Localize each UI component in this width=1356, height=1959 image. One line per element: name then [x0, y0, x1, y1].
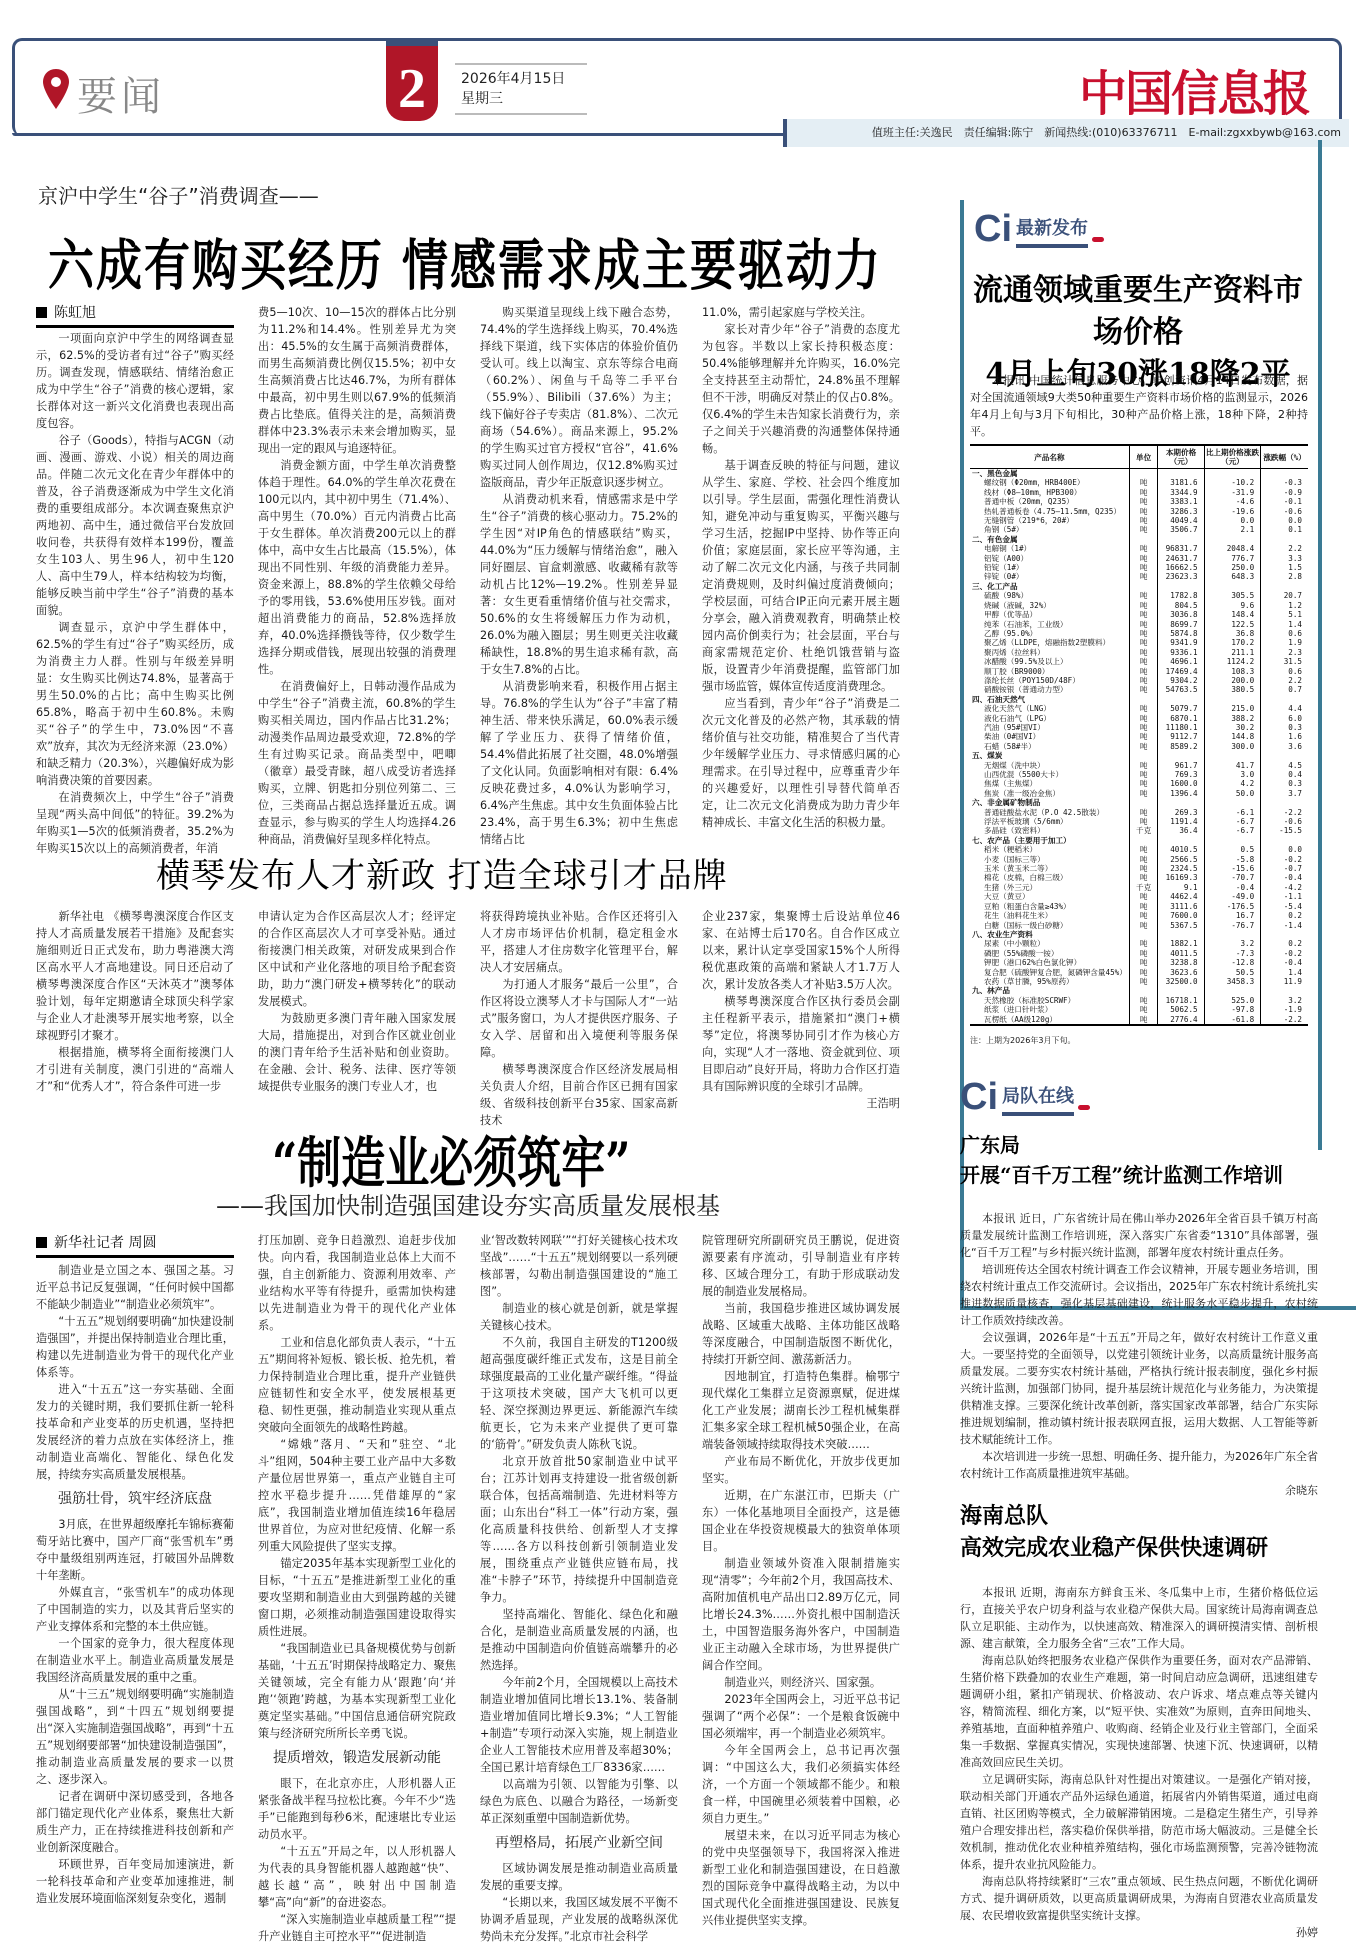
- badge-accent-icon: [1078, 1105, 1090, 1110]
- price-table-row: 普通硅酸盐水泥（P.O 42.5散装）吨269.3-6.1-2.2: [970, 808, 1308, 817]
- price-table-row: 纸浆（进口针叶浆）吨5062.5-97.8-1.9: [970, 1005, 1308, 1014]
- price-table-row: 白糖（国标一级白砂糖）吨5367.5-76.7-1.4: [970, 921, 1308, 930]
- price-table-row: 钾肥（港口62%白色氯化钾）吨3238.8-12.8-0.4: [970, 958, 1308, 967]
- price-table-row: 焦炭（准一级冶金焦）吨1396.450.03.7: [970, 789, 1308, 798]
- price-category-row: 二、有色金属: [970, 535, 1308, 544]
- hainan-story-body: 本报讯 近期，海南东方鲜食玉米、冬瓜集中上市，生猪价格低位运行，直接关乎农户切身…: [960, 1584, 1318, 1941]
- price-table-row: 汽油（95#国VI）吨11180.130.20.3: [970, 723, 1308, 732]
- article1-column-1: 一项面向京沪中学生的网络调查显示，62.5%的受访者有过“谷子”购买经历。调查发…: [36, 330, 234, 857]
- article2-headline: 横琴发布人才新政 打造全球引才品牌: [156, 848, 728, 897]
- price-table-row: 焦煤（主焦煤）吨1600.04.20.3: [970, 779, 1308, 788]
- price-table-row: 农药（草甘膦，95%原药）吨32500.03458.311.9: [970, 977, 1308, 986]
- price-table-row: 线材（Φ8—10mm，HPB300）吨3344.9-31.9-0.9: [970, 488, 1308, 497]
- bureau-online-badge: Ci 局队在线: [960, 1078, 1090, 1116]
- price-table-row: 顺丁胶（BR9000）吨17469.4108.30.6: [970, 667, 1308, 676]
- hainan-story-title: 海南总队 高效完成农业稳产保供快速调研: [960, 1500, 1268, 1564]
- article2-column-1: 新华社电 《横琴粤澳深度合作区支持人才高质量发展若干措施》及配套实施细则近日正式…: [36, 908, 234, 1095]
- section-head-1: 强筋壮骨，筑牢经济底盘: [36, 1491, 234, 1508]
- article1-column-2: 费5—10次、10—15次的群体占比分别为11.2%和14.4%。性别差异尤为突…: [258, 304, 456, 848]
- price-table-row: 天然橡胶（标准胶SCRWF）吨16718.1525.03.2: [970, 996, 1308, 1005]
- badge-accent-icon: [1092, 237, 1104, 242]
- article3-column-3: 业‘智改数转网联’”“打好关键核心技术攻坚战”……“十五五”规划纲要以一系列硬核…: [480, 1232, 678, 1945]
- editor-contact-bar: 值班主任:关逸民 责任编辑:陈宁 新闻热线:(010)63376711 E-ma…: [783, 119, 1349, 147]
- price-table-row: 冰醋酸（99.5%及以上）吨4696.11124.231.5: [970, 657, 1308, 666]
- hainan-story-author: 孙婷: [960, 1924, 1318, 1941]
- price-table-row: 花生（油料花生米）吨7600.016.70.2: [970, 911, 1308, 920]
- price-table-row: 锌锭（0#）吨23623.3648.32.8: [970, 572, 1308, 581]
- price-table-row: 尿素（中小颗粒）吨1882.13.20.2: [970, 939, 1308, 948]
- price-table-header: 产品名称 单位 本期价格（元） 比上期价格涨跌（元） 涨跌幅（%）: [970, 445, 1308, 469]
- price-table-note: 注：上期为2026年3月下旬。: [970, 1035, 1075, 1046]
- price-category-row: 七、农产品（主要用于加工）: [970, 836, 1308, 845]
- article1-column-4: 11.0%，需引起家庭与学校关注。 家长对青少年“谷子”消费的态度尤为包容。半数…: [702, 304, 900, 831]
- masthead: 要闻 2 2026年4月15日 星期三 中国信息报 值班主任:关逸民 责任编辑:…: [12, 38, 1342, 136]
- section-name: 要闻: [77, 65, 165, 122]
- price-table-row: 无烟煤（洗中块）吨961.741.74.5: [970, 761, 1308, 770]
- section-head-3: 再塑格局，拓展产业新空间: [480, 1835, 678, 1852]
- weekday: 星期三: [461, 89, 581, 109]
- price-table-row: 纯苯（石油苯，工业级）吨8699.7122.51.4: [970, 620, 1308, 629]
- latest-release-badge: Ci 最新发布: [974, 210, 1104, 248]
- article1-headline: 六成有购买经历 情感需求成主要驱动力: [48, 222, 882, 301]
- price-table-row: 石蜡（58#半）吨8589.2300.03.6: [970, 742, 1308, 751]
- location-pin-icon: [43, 69, 69, 109]
- price-box-border: [1318, 140, 1322, 1150]
- price-category-row: 九、林产品: [970, 986, 1308, 995]
- page-number: 2: [386, 60, 438, 118]
- article3-byline: 新华社记者 周圆: [36, 1232, 234, 1258]
- price-category-row: 三、化工产品: [970, 582, 1308, 591]
- byline-square-icon: [36, 1237, 47, 1248]
- price-table-row: 瓦楞纸（AA级120g）吨2776.4-61.8-2.2: [970, 1015, 1308, 1025]
- article2-column-2: 申请认定为合作区高层次人才；经评定的合作区高层次人才可享受补贴。通过衔接澳门相关…: [258, 908, 456, 1095]
- price-category-row: 一、黑色金属: [970, 469, 1308, 479]
- price-table-row: 聚乙烯（LLDPE，熔融指数2塑膜料）吨9341.9170.21.9: [970, 638, 1308, 647]
- price-table-row: 铝锭（A00）吨24631.7776.73.3: [970, 554, 1308, 563]
- article2-author: 王浩明: [702, 1095, 900, 1112]
- price-table-row: 生猪（外三元）千克9.1-0.4-4.2: [970, 883, 1308, 892]
- byline-square-icon: [36, 307, 47, 318]
- page-number-tab: 2: [386, 38, 438, 121]
- price-table-row: 热轧普通板卷（4.75—11.5mm，Q235）吨3286.3-19.6-0.6: [970, 507, 1308, 516]
- issue-date: 2026年4月15日 星期三: [455, 63, 587, 115]
- price-table-row: 乙醇（95.0%）吨5874.836.80.6: [970, 629, 1308, 638]
- section-head-2: 提质增效，锻造发展新动能: [258, 1750, 456, 1767]
- price-table-row: 烧碱（液碱，32%）吨804.59.61.2: [970, 601, 1308, 610]
- price-table-row: 多晶硅（致密料）千克36.4-6.7-15.5: [970, 826, 1308, 835]
- price-table-row: 柴油（0#国VI）吨9112.7144.81.6: [970, 732, 1308, 741]
- article3-column-1: 制造业是立国之本、强国之基。习近平总书记反复强调，“任何时候中国都不能缺少制造业…: [36, 1262, 234, 1907]
- price-table-row: 磷肥（55%磷酸一铵）吨4011.5-7.3-0.2: [970, 949, 1308, 958]
- guangdong-story-title: 广东局 开展“百千万工程”统计监测工作培训: [960, 1130, 1283, 1190]
- article3-column-2: 打压加剧、竞争日趋激烈、追赶步伐加快。向内看，我国制造业总体上大而不强，自主创新…: [258, 1232, 456, 1945]
- price-category-row: 四、石油天然气: [970, 695, 1308, 704]
- price-table-row: 硝酸铵银（普通动力型）吨54763.5380.50.7: [970, 685, 1308, 694]
- price-table-row: 液化天然气（LNG）吨5079.7215.04.4: [970, 704, 1308, 713]
- price-category-row: 六、非金属矿物制品: [970, 798, 1308, 807]
- price-category-row: 八、农业生产资料: [970, 930, 1308, 939]
- date: 2026年4月15日: [461, 69, 581, 89]
- price-table-row: 螺纹钢（Φ20mm，HRB400E）吨3181.6-10.2-0.3: [970, 478, 1308, 487]
- price-table-row: 聚丙烯（拉丝料）吨9336.1211.12.3: [970, 648, 1308, 657]
- article1-column-3: 购买渠道呈现线上线下融合态势，74.4%的学生选择线上购买，70.4%选择线下渠…: [480, 304, 678, 848]
- article2-column-4: 企业237家，集聚博士后设站单位46家、在站博士后170名。自合作区成立以来，累…: [702, 908, 900, 1112]
- price-table-row: 稻米（粳稻米）吨4010.50.50.0: [970, 845, 1308, 854]
- article1-kicker: 京沪中学生“谷子”消费调查——: [38, 180, 319, 209]
- newspaper-logo: 中国信息报: [1079, 55, 1309, 124]
- price-table-row: 角钢（5#）吨3506.72.10.1: [970, 525, 1308, 534]
- price-table-row: 硫酸（98%）吨1782.8305.520.7: [970, 591, 1308, 600]
- ci-logo-icon: Ci: [974, 210, 1012, 248]
- article3-column-4: 院管理研究所副研究员王鹏说，促进资源要素有序流动，引导制造业有序转移、区域合理分…: [702, 1232, 900, 1929]
- article1-byline: 陈虹旭: [36, 302, 234, 328]
- article3-subheadline: ——我国加快制造强国建设夯实高质量发展根基: [216, 1186, 720, 1221]
- price-release-intro: 本报讯 中国统计信息服务中心、卓创资讯4月14日发布数据，据对全国流通领域9大类…: [970, 372, 1308, 440]
- price-table-row: 棉花（皮棉，白棉三级）吨16169.3-70.7-0.4: [970, 873, 1308, 882]
- price-table-row: 甲醇（优等品）吨3036.8148.45.1: [970, 610, 1308, 619]
- price-table: 产品名称 单位 本期价格（元） 比上期价格涨跌（元） 涨跌幅（%） 一、黑色金属…: [970, 444, 1308, 1026]
- ci-logo-icon: Ci: [960, 1078, 998, 1116]
- price-table-row: 豆粕（粗蛋白含量≥43%）吨3111.6-176.5-5.4: [970, 902, 1308, 911]
- price-table-row: 山西优混（5500大卡）吨769.33.00.4: [970, 770, 1308, 779]
- price-table-row: 大豆（黄豆）吨4462.4-49.0-1.1: [970, 892, 1308, 901]
- price-table-row: 复合肥（硫酸钾复合肥，氮磷钾含量45%）吨3623.650.51.4: [970, 968, 1308, 977]
- guangdong-story-author: 余晓东: [960, 1482, 1318, 1499]
- price-table-row: 液化石油气（LPG）吨6870.1388.26.0: [970, 714, 1308, 723]
- price-table-row: 涤纶长丝（POY150D/48F）吨9304.2200.02.2: [970, 676, 1308, 685]
- price-table-row: 小麦（国标三等）吨2566.5-5.8-0.2: [970, 855, 1308, 864]
- guangdong-story-body: 本报讯 近日，广东省统计局在佛山举办2026年全省百县千镇万村高质量发展统计监测…: [960, 1210, 1318, 1499]
- price-table-row: 普通中板（20mm，Q235）吨3383.1-4.6-0.1: [970, 497, 1308, 506]
- article2-column-3: 将获得跨境执业补贴。合作区还将引入人才房市场评估价机制，稳定租金水平，搭建人才住…: [480, 908, 678, 1129]
- price-table-row: 电解铜（1#）吨96831.72048.42.2: [970, 544, 1308, 553]
- price-category-row: 五、煤炭: [970, 751, 1308, 760]
